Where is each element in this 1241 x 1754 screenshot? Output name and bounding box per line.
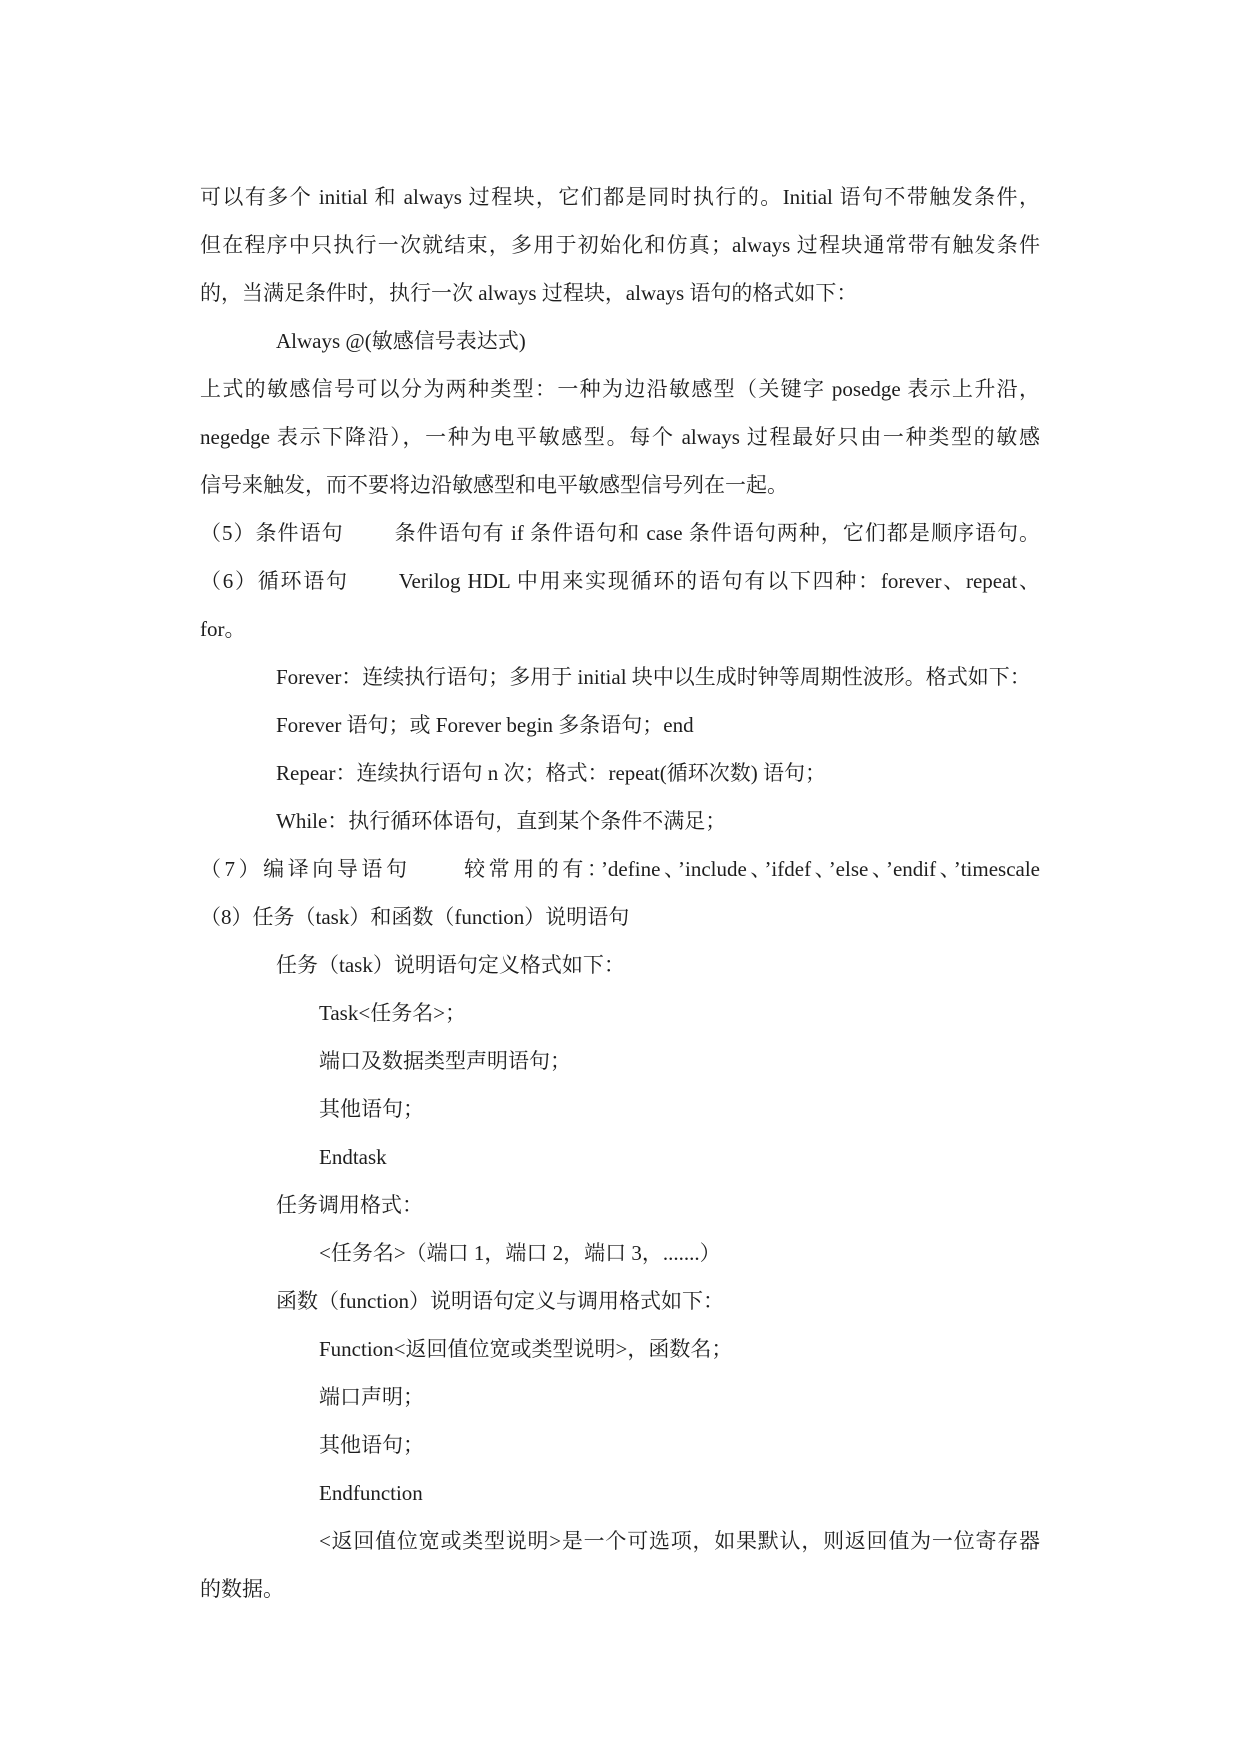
text-segment: 上式的敏感信号可以分为两种类型：一种为边沿敏感型（关键字 posedge 表示上… xyxy=(200,377,1040,401)
document-page: 可以有多个 initial 和 always 过程块，它们都是同时执行的。Ini… xyxy=(0,0,1241,1754)
text-segment: 端口及数据类型声明语句； xyxy=(319,1049,571,1073)
text-segment: 较常用的有：’define、’include、’ifdef、’else、’end… xyxy=(461,857,1040,881)
text-segment: Endfunction xyxy=(319,1481,423,1505)
text-segment: （5）条件语句 xyxy=(200,521,344,545)
text-segment: While：执行循环体语句，直到某个条件不满足； xyxy=(276,809,726,833)
text-line: 端口声明； xyxy=(200,1373,1040,1421)
text-segment: <返回值位宽或类型说明>是一个可选项，如果默认，则返回值为一位寄存器 xyxy=(319,1529,1040,1553)
text-segment: Forever：连续执行语句；多用于 initial 块中以生成时钟等周期性波形… xyxy=(276,665,1031,689)
text-line: Function<返回值位宽或类型说明>，函数名； xyxy=(200,1325,1040,1373)
text-line: 任务调用格式： xyxy=(200,1181,1040,1229)
document-content: 可以有多个 initial 和 always 过程块，它们都是同时执行的。Ini… xyxy=(200,173,1040,1613)
text-segment: （8）任务（task）和函数（function）说明语句 xyxy=(200,905,629,929)
text-line: Task<任务名>； xyxy=(200,989,1040,1037)
text-line: <返回值位宽或类型说明>是一个可选项，如果默认，则返回值为一位寄存器 xyxy=(200,1517,1040,1565)
text-segment: 其他语句； xyxy=(319,1097,424,1121)
text-line: negedge 表示下降沿），一种为电平敏感型。每个 always 过程最好只由… xyxy=(200,413,1040,461)
text-segment: 函数（function）说明语句定义与调用格式如下： xyxy=(276,1289,724,1313)
text-segment: 但在程序中只执行一次就结束，多用于初始化和仿真；always 过程块通常带有触发… xyxy=(200,233,1040,257)
text-line: Endtask xyxy=(200,1133,1040,1181)
text-line: 上式的敏感信号可以分为两种类型：一种为边沿敏感型（关键字 posedge 表示上… xyxy=(200,365,1040,413)
text-line: <任务名>（端口 1，端口 2，端口 3，.......） xyxy=(200,1229,1040,1277)
text-segment: 端口声明； xyxy=(319,1385,424,1409)
text-line: （8）任务（task）和函数（function）说明语句 xyxy=(200,893,1040,941)
text-line: 端口及数据类型声明语句； xyxy=(200,1037,1040,1085)
text-line: Forever：连续执行语句；多用于 initial 块中以生成时钟等周期性波形… xyxy=(200,653,1040,701)
text-line: Forever 语句；或 Forever begin 多条语句；end xyxy=(200,701,1040,749)
text-line: for。 xyxy=(200,605,1040,653)
text-segment: 其他语句； xyxy=(319,1433,424,1457)
text-line: 的数据。 xyxy=(200,1565,1040,1613)
text-gap xyxy=(411,875,461,876)
text-segment: 信号来触发，而不要将边沿敏感型和电平敏感型信号列在一起。 xyxy=(200,473,788,497)
text-segment: Forever 语句；或 Forever begin 多条语句；end xyxy=(276,713,694,737)
text-segment: <任务名>（端口 1，端口 2，端口 3，.......） xyxy=(319,1241,721,1265)
text-gap xyxy=(344,539,394,540)
text-line: Endfunction xyxy=(200,1469,1040,1517)
text-segment: Always @(敏感信号表达式) xyxy=(276,329,526,353)
text-line: （6）循环语句Verilog HDL 中用来实现循环的语句有以下四种：forev… xyxy=(200,557,1040,605)
text-segment: 可以有多个 initial 和 always 过程块，它们都是同时执行的。Ini… xyxy=(200,185,1040,209)
text-gap xyxy=(349,587,399,588)
text-line: 可以有多个 initial 和 always 过程块，它们都是同时执行的。Ini… xyxy=(200,173,1040,221)
text-line: 其他语句； xyxy=(200,1085,1040,1133)
text-line: Always @(敏感信号表达式) xyxy=(200,317,1040,365)
text-line: Repear：连续执行语句 n 次；格式：repeat(循环次数) 语句； xyxy=(200,749,1040,797)
text-line: （5）条件语句条件语句有 if 条件语句和 case 条件语句两种，它们都是顺序… xyxy=(200,509,1040,557)
text-segment: （7）编译向导语句 xyxy=(200,857,411,881)
text-segment: Task<任务名>； xyxy=(319,1001,466,1025)
text-segment: for。 xyxy=(200,617,246,641)
text-segment: Repear：连续执行语句 n 次；格式：repeat(循环次数) 语句； xyxy=(276,761,826,785)
text-segment: Endtask xyxy=(319,1145,387,1169)
text-segment: negedge 表示下降沿），一种为电平敏感型。每个 always 过程最好只由… xyxy=(200,425,1040,449)
text-segment: Function<返回值位宽或类型说明>，函数名； xyxy=(319,1337,732,1361)
text-segment: 条件语句有 if 条件语句和 case 条件语句两种，它们都是顺序语句。 xyxy=(394,521,1040,545)
text-line: 的，当满足条件时，执行一次 always 过程块，always 语句的格式如下： xyxy=(200,269,1040,317)
text-line: 但在程序中只执行一次就结束，多用于初始化和仿真；always 过程块通常带有触发… xyxy=(200,221,1040,269)
text-segment: 的，当满足条件时，执行一次 always 过程块，always 语句的格式如下： xyxy=(200,281,857,305)
text-segment: 任务调用格式： xyxy=(276,1193,423,1217)
text-segment: 任务（task）说明语句定义格式如下： xyxy=(276,953,625,977)
text-line: 其他语句； xyxy=(200,1421,1040,1469)
text-line: 任务（task）说明语句定义格式如下： xyxy=(200,941,1040,989)
text-line: 信号来触发，而不要将边沿敏感型和电平敏感型信号列在一起。 xyxy=(200,461,1040,509)
text-line: 函数（function）说明语句定义与调用格式如下： xyxy=(200,1277,1040,1325)
text-line: While：执行循环体语句，直到某个条件不满足； xyxy=(200,797,1040,845)
text-segment: 的数据。 xyxy=(200,1577,284,1601)
text-segment: （6）循环语句 xyxy=(200,569,349,593)
text-line: （7）编译向导语句较常用的有：’define、’include、’ifdef、’… xyxy=(200,845,1040,893)
